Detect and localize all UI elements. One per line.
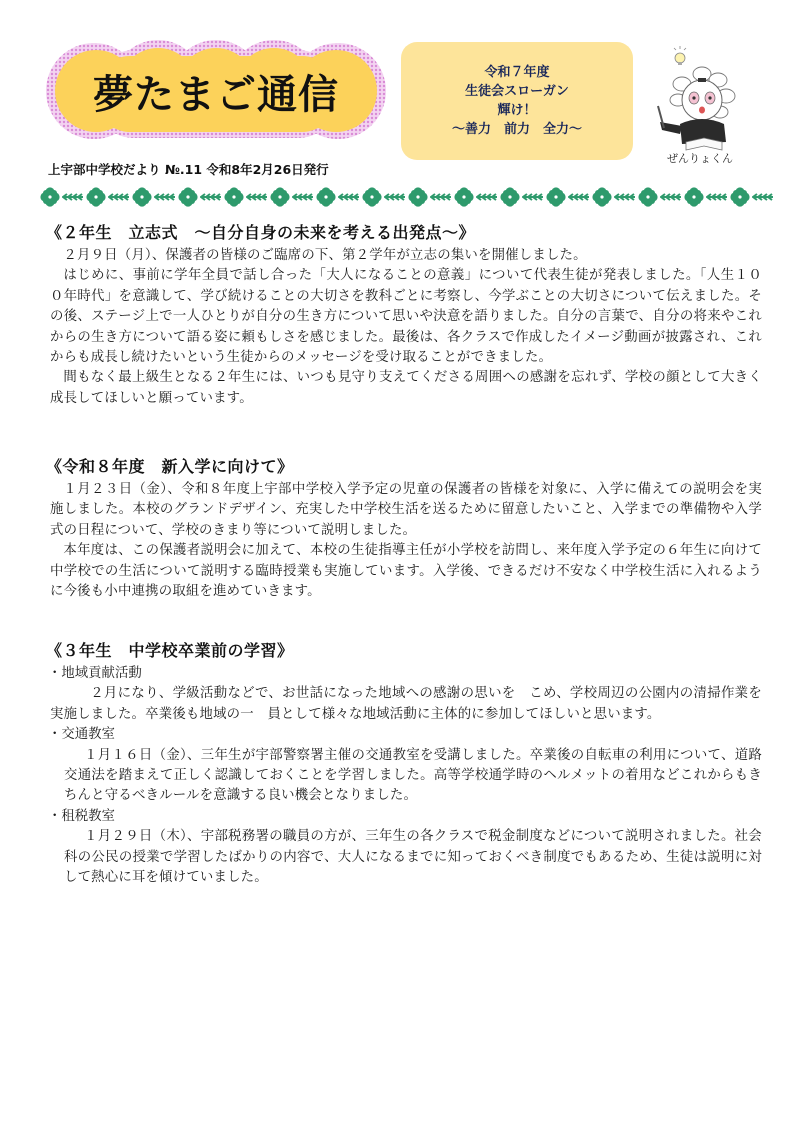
newsletter-title-banner: 夢たまご通信: [46, 40, 386, 142]
item-label: ・交通教室: [48, 725, 762, 745]
article-new-enrollment: 《令和８年度 新入学に向けて》 １月２３日（金）、令和８年度上宇部中学校入学予定…: [50, 456, 762, 602]
leaf-vine-icon: [522, 192, 544, 202]
slogan-line: 令和７年度: [484, 63, 549, 82]
clover-icon: [270, 187, 290, 207]
item-text: ２月になり、学級活動などで、お世話になった地域への感謝の思いを こめ、学校周辺の…: [50, 684, 762, 725]
mascot-illustration-icon: [652, 44, 752, 164]
slogan-box: 令和７年度 生徒会スローガン 輝け！ ～善力 前力 全力～: [401, 42, 633, 160]
clover-icon: [454, 187, 474, 207]
clover-icon: [408, 187, 428, 207]
slogan-line: 生徒会スローガン: [465, 82, 569, 101]
slogan-line: ～善力 前力 全力～: [452, 120, 582, 139]
clover-unit: [638, 187, 684, 207]
leaf-vine-icon: [706, 192, 728, 202]
clover-icon: [224, 187, 244, 207]
article-rissshiki: 《２年生 立志式 ～自分自身の未来を考える出発点～》 ２月９日（月）、保護者の皆…: [50, 222, 762, 409]
clover-unit: [270, 187, 316, 207]
clover-unit: [500, 187, 546, 207]
leaf-vine-icon: [62, 192, 84, 202]
clover-icon: [638, 187, 658, 207]
leaf-vine-icon: [568, 192, 590, 202]
article-paragraph: 本年度は、この保護者説明会に加えて、本校の生徒指導主任が小学校を訪問し、来年度入…: [50, 541, 762, 602]
clover-unit: [316, 187, 362, 207]
clover-icon: [592, 187, 612, 207]
clover-icon: [86, 187, 106, 207]
article-paragraph: ２月９日（月）、保護者の皆様のご臨席の下、第２学年が立志の集いを開催しました。: [50, 246, 762, 266]
clover-unit: [132, 187, 178, 207]
clover-icon: [730, 187, 750, 207]
mascot-caption: ぜんりょくん: [660, 150, 740, 166]
leaf-vine-icon: [752, 192, 774, 202]
list-item-traffic-safety: ・交通教室 １月１６日（金）、三年生が宇部警察署主催の交通教室を受講しました。卒…: [50, 725, 762, 807]
clover-unit: [408, 187, 454, 207]
clover-unit: [684, 187, 730, 207]
clover-icon: [316, 187, 336, 207]
leaf-vine-icon: [384, 192, 406, 202]
article-heading: 《令和８年度 新入学に向けて》: [46, 456, 762, 478]
leaf-vine-icon: [200, 192, 222, 202]
clover-icon: [132, 187, 152, 207]
clover-icon: [546, 187, 566, 207]
article-paragraph: 間もなく最上級生となる２年生には、いつも見守り支えてくださる周囲への感謝を忘れず…: [50, 368, 762, 409]
leaf-vine-icon: [154, 192, 176, 202]
leaf-vine-icon: [660, 192, 682, 202]
leaf-vine-icon: [476, 192, 498, 202]
item-label: ・地域貢献活動: [48, 664, 762, 684]
clover-icon: [178, 187, 198, 207]
list-item-tax-class: ・租税教室 １月２９日（木）、宇部税務署の職員の方が、三年生の各クラスで税金制度…: [50, 807, 762, 889]
clover-unit: [362, 187, 408, 207]
clover-unit: [40, 187, 86, 207]
leaf-vine-icon: [108, 192, 130, 202]
article-heading: 《３年生 中学校卒業前の学習》: [46, 640, 762, 662]
clover-icon: [362, 187, 382, 207]
leaf-vine-icon: [614, 192, 636, 202]
leaf-vine-icon: [430, 192, 452, 202]
clover-icon: [40, 187, 60, 207]
newsletter-title: 夢たまご通信: [46, 40, 386, 142]
clover-unit: [178, 187, 224, 207]
clover-icon: [684, 187, 704, 207]
clover-unit: [730, 187, 776, 207]
article-paragraph: １月２３日（金）、令和８年度上宇部中学校入学予定の児童の保護者の皆様を対象に、入…: [50, 480, 762, 541]
item-label: ・租税教室: [48, 807, 762, 827]
article-third-year-learning: 《３年生 中学校卒業前の学習》 ・地域貢献活動 ２月になり、学級活動などで、お世…: [50, 640, 762, 888]
slogan-line: 輝け！: [497, 101, 536, 120]
issue-info: 上宇部中学校だより №.11 令和8年2月26日発行: [48, 160, 329, 178]
leaf-vine-icon: [246, 192, 268, 202]
clover-divider: [40, 186, 770, 208]
leaf-vine-icon: [338, 192, 360, 202]
item-text: １月２９日（木）、宇部税務署の職員の方が、三年生の各クラスで税金制度などについて…: [50, 827, 762, 888]
clover-unit: [592, 187, 638, 207]
article-heading: 《２年生 立志式 ～自分自身の未来を考える出発点～》: [46, 222, 762, 244]
clover-unit: [454, 187, 500, 207]
clover-unit: [546, 187, 592, 207]
clover-unit: [224, 187, 270, 207]
item-text: １月１６日（金）、三年生が宇部警察署主催の交通教室を受講しました。卒業後の自転車…: [50, 746, 762, 807]
clover-icon: [500, 187, 520, 207]
article-paragraph: はじめに、事前に学年全員で話し合った「大人になることの意義」について代表生徒が発…: [50, 266, 762, 368]
leaf-vine-icon: [292, 192, 314, 202]
list-item-community-service: ・地域貢献活動 ２月になり、学級活動などで、お世話になった地域への感謝の思いを …: [50, 664, 762, 725]
clover-unit: [86, 187, 132, 207]
